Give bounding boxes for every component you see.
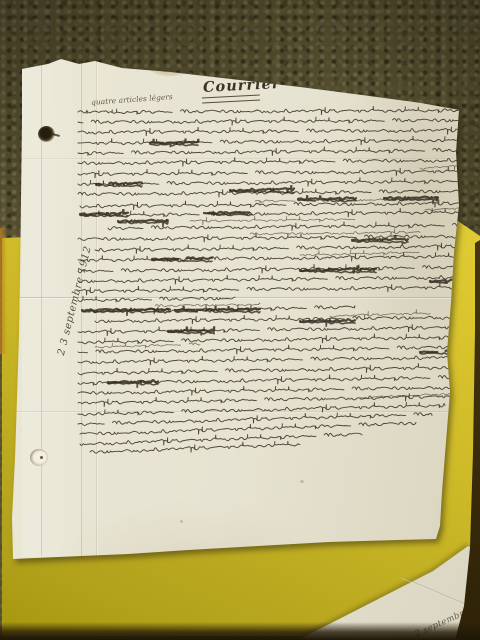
bottom-edge-shadow xyxy=(0,622,480,640)
photographed-manuscript-scene: 2 septembre Courrier quatre articles lég… xyxy=(0,0,480,640)
manuscript-page: Courrier quatre articles légers 2 3 sept… xyxy=(0,0,480,640)
manuscript-page-wrap: Courrier quatre articles légers 2 3 sept… xyxy=(0,0,480,640)
